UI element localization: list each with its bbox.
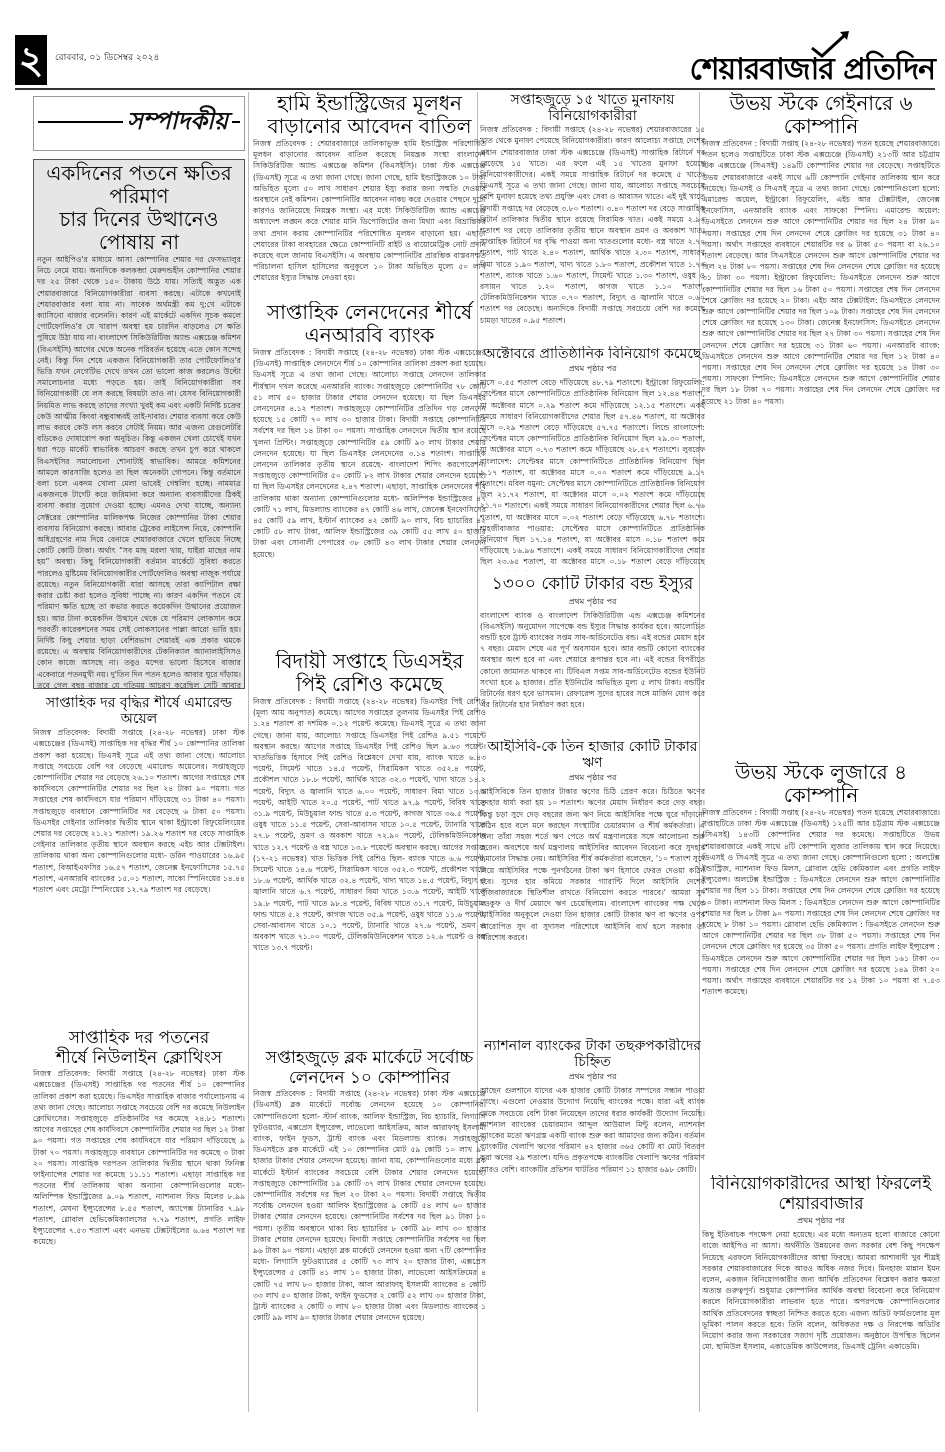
headline-1: সপ্তাহজুড়ে ব্লক মার্কেটে সর্বোচ্চ xyxy=(253,1049,486,1069)
article-trust: বিনিয়োগকারীদের আস্থা ফিরলেই শেয়ারবাজার… xyxy=(702,1175,940,1412)
column-1: সম্পাদকীয় একদিনের পতনে ক্ষতির পরিমাণ চা… xyxy=(33,92,245,1412)
article-body: নিজস্ব প্রতিবেদক : বিদায়ী সপ্তাহে (২৪-২… xyxy=(253,1088,486,1323)
headline: উভয় স্টকে লুজারে ৪ কোম্পানি xyxy=(702,761,940,807)
page-number: ২ xyxy=(15,35,47,85)
headline: বিনিয়োগকারীদের আস্থা ফিরলেই শেয়ারবাজার xyxy=(702,1175,940,1214)
headline-2: শীর্ষে নিউলাইন ক্লোথিংস xyxy=(33,1049,245,1069)
headline: আইসিবি-কে তিন হাজার কোটি টাকার ঋণ xyxy=(480,739,705,771)
editorial-banner: সম্পাদকীয় xyxy=(33,96,245,151)
article-body: নিজস্ব প্রতিবেদক: বিদায়ী সপ্তাহে (২৪-২৮… xyxy=(33,1068,245,1247)
continued-label: প্রথম পৃষ্ঠার পর xyxy=(480,596,705,609)
article-emerald: সাপ্তাহিক দর বৃদ্ধির শীর্ষে এমারেল্ড অয়… xyxy=(33,695,245,1025)
headline: ন্যাশনাল ব্যাংকের টাকা তছরুপকারীদের চিহ্… xyxy=(480,1038,705,1070)
article-body: কিছু ইতিবাচক পদক্ষেপ নেয়া হয়েছে। এর মধ… xyxy=(702,1229,940,1352)
article-body: নিজস্ব প্রতিবেদক : শেয়ারবাজারে তালিকাভু… xyxy=(253,138,486,284)
headline-1: সাপ্তাহিক দর পতনের xyxy=(33,1029,245,1049)
article-body: নিজস্ব প্রতিবেদক : বিদায়ী সপ্তাহে (২৪-২… xyxy=(253,696,486,954)
article-pe: বিদায়ী সপ্তাহে ডিএসইর পিই রেশিও কমেছে ন… xyxy=(253,650,486,1045)
editorial-headline-1: একদিনের পতনে ক্ষতির পরিমাণ xyxy=(37,162,241,208)
article-block: সপ্তাহজুড়ে ব্লক মার্কেটে সর্বোচ্চ লেনদে… xyxy=(253,1049,486,1409)
article-nrb: সাপ্তাহিক লেনদেনের শীর্ষে এনআরবি ব্যাংক … xyxy=(253,301,486,646)
headline: ১৩০০ কোটি টাকার বন্ড ইস্যুর xyxy=(480,575,705,595)
headline: সপ্তাহজুড়ে ১৫ খাতে মুনাফায় বিনিয়োগকার… xyxy=(480,92,705,124)
headline-2: লেনদেন ১০ কোম্পানির xyxy=(253,1069,486,1089)
continued-label: প্রথম পৃষ্ঠার পর xyxy=(480,363,705,376)
headline-2: পিই রেশিও কমেছে xyxy=(253,673,486,696)
editorial-title: সম্পাদকীয় xyxy=(123,103,232,143)
headline-2: বাড়ানোর আবেদন বাতিল xyxy=(253,115,486,138)
article-newline: সাপ্তাহিক দর পতনের শীর্ষে নিউলাইন ক্লোথি… xyxy=(33,1029,245,1379)
article-sectors15: সপ্তাহজুড়ে ১৫ খাতে মুনাফায় বিনিয়োগকার… xyxy=(480,92,705,342)
editorial-body: নতুন আইপিও'র মাধ্যমে আসা কোম্পানির শেয়া… xyxy=(37,254,241,689)
continued-label: প্রথম পৃষ্ঠার পর xyxy=(480,1071,705,1084)
article-bond: ১৩০০ কোটি টাকার বন্ড ইস্যুর প্রথম পৃষ্ঠা… xyxy=(480,575,705,735)
editorial-article: একদিনের পতনে ক্ষতির পরিমাণ চার দিনের উত্… xyxy=(33,159,245,689)
column-2: হামি ইন্ডাস্ট্রিজের মূলধন বাড়ানোর আবেদন… xyxy=(253,92,486,1412)
continued-label: প্রথম পৃষ্ঠার পর xyxy=(702,1215,940,1228)
article-body: আইসিবিকে তিন হাজার টাকার ঋণের চিঠি প্রের… xyxy=(480,786,705,943)
article-body: নিজস্ব প্রতিবেদক : বিদায়ী সপ্তাহে (২৪-২… xyxy=(253,347,486,560)
article-body: মাসে ০.৫৫ শতাংশ বেড়ে দাঁড়িয়েছে ৪৮.৭৯ … xyxy=(480,377,705,571)
article-body: আছেন গুলশানে যাদের এক হাজার কোটি টাকার স… xyxy=(480,1085,705,1175)
headline-2: এনআরবি ব্যাংক xyxy=(253,324,486,347)
page-bottom-margin xyxy=(0,1412,945,1452)
column-4: উভয় স্টকে গেইনারে ৬ কোম্পানি নিজস্ব প্র… xyxy=(702,92,940,1412)
article-body: নিজস্ব প্রতিবেদক: বিদায়ী সপ্তাহে (২৪-২৮… xyxy=(33,727,245,895)
headline: সাপ্তাহিক দর বৃদ্ধির শীর্ষে এমারেল্ড অয়… xyxy=(33,695,245,727)
article-gainer6: উভয় স্টকে গেইনারে ৬ কোম্পানি নিজস্ব প্র… xyxy=(702,92,940,757)
masthead: ২ রোববার, ০১ ডিসেম্বর ২০২৪ শেয়ারবাজার প… xyxy=(0,0,945,92)
header-rule xyxy=(15,88,935,90)
article-hami: হামি ইন্ডাস্ট্রিজের মূলধন বাড়ানোর আবেদন… xyxy=(253,92,486,297)
article-body: বাংলাদেশ ব্যাংক ও বাংলাদেশ সিকিউরিটিজ এন… xyxy=(480,610,705,711)
article-body: নিজস্ব প্রতিবেদন : বিদায়ী সপ্তাহ (২৪-২৮… xyxy=(702,807,940,997)
headline-1: হামি ইন্ডাস্ট্রিজের মূলধন xyxy=(253,92,486,115)
article-body: নিজস্ব প্রতিবেদক : বিদায়ী সপ্তাহে (২৪-২… xyxy=(480,124,705,326)
article-institutional: অক্টোবরে প্রাতিষ্ঠানিক বিনিয়োগ কমেছে প্… xyxy=(480,346,705,571)
editorial-headline-2: চার দিনের উত্থানেও পোষায় না xyxy=(37,208,241,254)
continued-label: প্রথম পৃষ্ঠার পর xyxy=(480,772,705,785)
column-divider xyxy=(248,92,249,1412)
date-line: রোববার, ০১ ডিসেম্বর ২০২৪ xyxy=(55,50,159,65)
headline-1: বিদায়ী সপ্তাহে ডিএসইর xyxy=(253,650,486,673)
headline: উভয় স্টকে গেইনারে ৬ কোম্পানি xyxy=(702,92,940,138)
article-icb: আইসিবি-কে তিন হাজার কোটি টাকার ঋণ প্রথম … xyxy=(480,739,705,1034)
article-body: নিজস্ব প্রতিবেদন : বিদায়ী সপ্তাহ (২৪-২৮… xyxy=(702,138,940,407)
article-loser4: উভয় স্টকে লুজারে ৪ কোম্পানি নিজস্ব প্রত… xyxy=(702,761,940,1171)
article-national-bank: ন্যাশনাল ব্যাংকের টাকা তছরুপকারীদের চিহ্… xyxy=(480,1038,705,1398)
headline: অক্টোবরে প্রাতিষ্ঠানিক বিনিয়োগ কমেছে xyxy=(480,346,705,362)
column-3: সপ্তাহজুড়ে ১৫ খাতে মুনাফায় বিনিয়োগকার… xyxy=(480,92,705,1412)
headline-1: সাপ্তাহিক লেনদেনের শীর্ষে xyxy=(253,301,486,324)
